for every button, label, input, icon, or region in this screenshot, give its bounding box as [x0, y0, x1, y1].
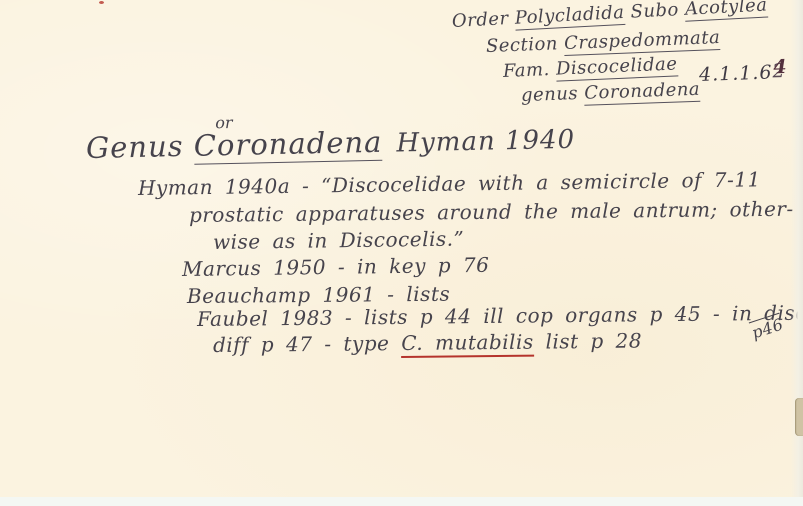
- type-species-name: C. mutabilis: [401, 330, 534, 358]
- header-family-name: Discocelidae: [556, 53, 678, 81]
- index-card: Order Polycladida Subo Acotylea Section …: [0, 0, 803, 506]
- catalog-number-new-digit: 4: [773, 56, 788, 78]
- hyman-quote-part2: prostatic apparatuses around the male an…: [189, 197, 794, 227]
- title-genus-wrap: orCoronadena: [193, 125, 382, 163]
- header-line-order: Order Polycladida Subo Acotylea: [451, 0, 767, 32]
- header-family-prefix: Fam.: [503, 59, 557, 82]
- header-order-prefix: Order: [451, 8, 515, 32]
- header-line-genus: genus Coronadena: [521, 79, 701, 106]
- title-authority: Hyman 1940: [396, 125, 575, 159]
- faubel-list-suffix: list p 28: [534, 329, 643, 354]
- title-prefix: Genus: [86, 129, 194, 165]
- header-genus-name: Coronadena: [584, 79, 701, 106]
- card-behind-edge: [795, 398, 803, 436]
- header-line-family: Fam. Discocelidae: [503, 53, 678, 82]
- hyman-quote-part3: wise as in Discocelis.”: [213, 226, 465, 254]
- catalog-number: 4.1.1.624: [699, 59, 787, 86]
- marcus-entry: Marcus 1950 - in key p 76: [182, 253, 490, 281]
- hyman-quote-part1: “Discocelidae with a semicircle of 7-11: [321, 167, 761, 197]
- faubel-entry-line2: diff p 47 - type C. mutabilis list p 28: [213, 329, 642, 357]
- genus-or-superscript: or: [215, 113, 233, 132]
- catalog-number-base: 4.1.1.6: [699, 61, 773, 86]
- faubel-diff-prefix: diff p 47 - type: [213, 331, 402, 357]
- scan-bottom-edge: [0, 497, 803, 506]
- header-section-name: Craspedommata: [564, 27, 721, 56]
- hyman-entry-line2: prostatic apparatuses around the male an…: [189, 197, 794, 227]
- header-line-section: Section Craspedommata: [486, 27, 721, 57]
- hyman-entry-line1: Hyman 1940a - “Discocelidae with a semic…: [138, 167, 761, 200]
- header-order-name: Polycladida: [514, 2, 625, 31]
- header-suborder-prefix: Subo: [624, 0, 686, 23]
- header-section-prefix: Section: [486, 33, 565, 57]
- genus-title: Genus orCoronadenaHyman 1940: [86, 121, 576, 165]
- marcus-entry-text: Marcus 1950 - in key p 76: [182, 253, 490, 281]
- hyman-entry-line3: wise as in Discocelis.”: [213, 226, 465, 254]
- hyman-ref-label: Hyman 1940a -: [138, 174, 310, 200]
- header-suborder-name: Acotylea: [684, 0, 768, 22]
- header-genus-prefix: genus: [521, 83, 585, 106]
- red-ink-speck: [99, 1, 104, 4]
- catalog-number-overwrite: 24: [772, 59, 786, 78]
